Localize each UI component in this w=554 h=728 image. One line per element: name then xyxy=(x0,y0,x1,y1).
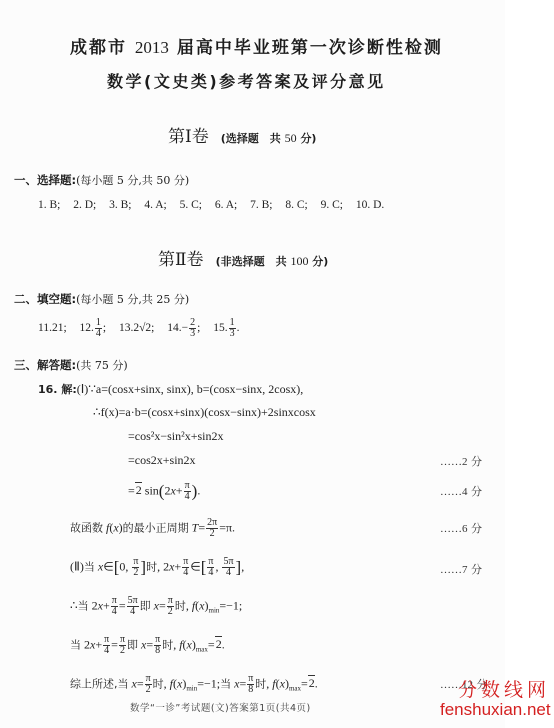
problem-16-summary-line: 综上所述,当 x=π2时, f(x)min=−1;当 x=π8时, f(x)ma… xyxy=(70,674,318,695)
volume-2-heading: 第Ⅱ卷(非选择题 共 100 分) xyxy=(158,245,328,270)
problem-16-part2-line: (Ⅱ)当 x∈[0, π2]时, 2x+π4∈[π4, 5π4], xyxy=(70,557,244,578)
score-mark-7: ……7 分 xyxy=(440,561,482,577)
answer-item: 2. D; xyxy=(73,199,96,211)
problem-16-min-line: ∴当 2x+π4=5π4即 x=π2时, f(x)min=−1; xyxy=(70,596,242,617)
document-subtitle: 数学(文史类)参考答案及评分意见 xyxy=(107,69,386,92)
problem-16-line-2: ∴f(x)=a·b=(cosx+sinx)(cosx−sinx)+2sinxco… xyxy=(93,405,316,420)
section-3-heading: 三、解答题:(共 75 分) xyxy=(14,357,128,373)
section-2-heading: 二、填空题:(每小题 5 分,共 25 分) xyxy=(14,291,189,307)
page-footer: 数学“一诊”考试题(文)答案第1页(共4页) xyxy=(130,700,311,714)
volume-1-heading: 第Ⅰ卷(选择题 共 50 分) xyxy=(168,122,316,147)
fill-answer-14: 14.−23; xyxy=(167,322,200,334)
answer-item: 7. B; xyxy=(250,199,272,211)
answer-item: 3. B; xyxy=(109,199,131,211)
answer-item: 4. A; xyxy=(144,199,166,211)
section-1-heading: 一、选择题:(每小题 5 分,共 50 分) xyxy=(14,172,189,188)
score-mark-4: ……4 分 xyxy=(440,483,482,499)
problem-16-line-1: 16. 解:(Ⅰ)∵a=(cosx+sinx, sinx), b=(cosx−s… xyxy=(38,381,303,397)
answer-item: 8. C; xyxy=(285,199,307,211)
fill-answer-15: 15.13. xyxy=(213,322,239,334)
score-mark-6: ……6 分 xyxy=(440,520,482,536)
problem-16-period-line: 故函数 f(x)的最小正周期 T=2π2=π. xyxy=(70,518,235,539)
answer-item: 5. C; xyxy=(180,199,202,211)
problem-16-max-line: 当 2x+π4=π2即 x=π8时, f(x)max=2. xyxy=(70,635,225,656)
answer-item: 9. C; xyxy=(321,199,343,211)
fill-answer-13: 13.2√2; xyxy=(119,322,154,334)
document-title: 成都市 2013 届高中毕业班第一次诊断性检测 xyxy=(70,33,443,58)
watermark-cn: 分数线网 xyxy=(458,675,550,702)
answer-item: 6. A; xyxy=(215,199,237,211)
fill-answer-12: 12.14; xyxy=(80,322,107,334)
choice-answers: 1. B; 2. D; 3. B; 4. A; 5. C; 6. A; 7. B… xyxy=(38,199,394,211)
answer-item: 10. D. xyxy=(356,199,384,211)
problem-16-line-4: =cos2x+sin2x xyxy=(128,453,196,468)
problem-16-line-3: =cos²x−sin²x+sin2x xyxy=(128,429,224,444)
answer-item: 1. B; xyxy=(38,199,60,211)
score-mark-2: ……2 分 xyxy=(440,453,482,469)
fill-answers: 11.21; 12.14; 13.2√2; 14.−23; 15.13. xyxy=(38,318,249,339)
watermark-url: fenshuxian.net xyxy=(440,700,551,720)
problem-16-line-5: =2 sin(2x+π4). xyxy=(128,481,200,502)
fill-answer-11: 11.21; xyxy=(38,322,67,334)
